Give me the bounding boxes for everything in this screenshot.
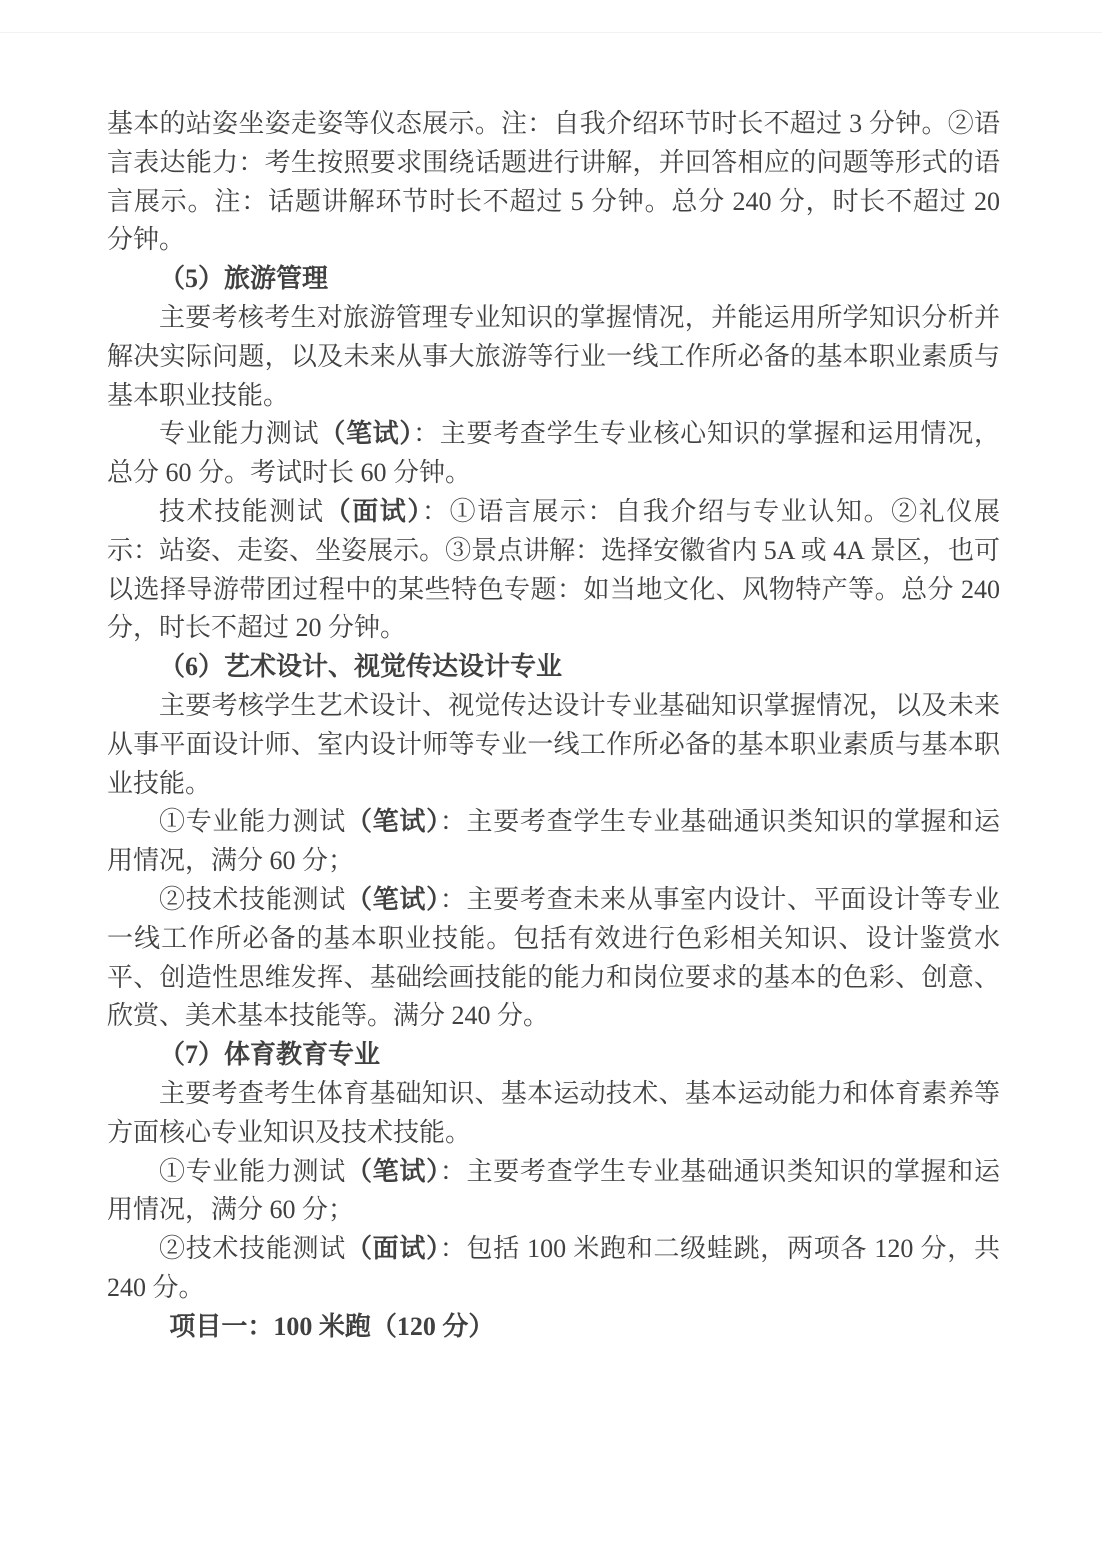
section7-item2-type: （面试） [346,1234,440,1263]
section7-item1-label: ①专业能力测试 [159,1157,346,1186]
section7-item1: ①专业能力测试（笔试）：主要考查学生专业基础通识类知识的掌握和运用情况，满分 6… [107,1153,1000,1231]
section5-interview-test: 技术技能测试（面试）：①语言展示：自我介绍与专业认知。②礼仪展示：站姿、走姿、坐… [107,493,1000,648]
section7-item2: ②技术技能测试（面试）：包括 100 米跑和二级蛙跳，两项各 120 分，共 2… [107,1230,1000,1308]
section5-written-type: （笔试） [319,419,413,448]
section5-heading: （5）旅游管理 [107,260,1000,299]
section7-item1-type: （笔试） [346,1157,440,1186]
page-top-rule [0,32,1102,33]
section7-heading: （7）体育教育专业 [107,1036,1000,1075]
section5-written-label: 专业能力测试 [159,419,319,448]
section5-written-test: 专业能力测试（笔试）：主要考查学生专业核心知识的掌握和运用情况，总分 60 分。… [107,415,1000,493]
document-page: 基本的站姿坐姿走姿等仪态展示。注：自我介绍环节时长不超过 3 分钟。②语言表达能… [0,0,1102,1559]
document-content: 基本的站姿坐姿走姿等仪态展示。注：自我介绍环节时长不超过 3 分钟。②语言表达能… [107,105,1000,1347]
section5-interview-type: （面试） [325,497,422,526]
section7-item2-label: ②技术技能测试 [159,1234,346,1263]
section6-overview: 主要考核学生艺术设计、视觉传达设计专业基础知识掌握情况，以及未来从事平面设计师、… [107,687,1000,803]
section6-item2-label: ②技术技能测试 [159,885,346,914]
section7-overview: 主要考查考生体育基础知识、基本运动技术、基本运动能力和体育素养等方面核心专业知识… [107,1075,1000,1153]
section5-overview: 主要考核考生对旅游管理专业知识的掌握情况，并能运用所学知识分析并解决实际问题，以… [107,299,1000,415]
section6-item2-type: （笔试） [346,885,440,914]
section6-item1-label: ①专业能力测试 [159,807,346,836]
section6-item1: ①专业能力测试（笔试）：主要考查学生专业基础通识类知识的掌握和运用情况，满分 6… [107,803,1000,881]
project1-line: 项目一：100 米跑（120 分） [107,1308,1000,1347]
section6-heading: （6）艺术设计、视觉传达设计专业 [107,648,1000,687]
section6-item2: ②技术技能测试（笔试）：主要考查未来从事室内设计、平面设计等专业一线工作所必备的… [107,881,1000,1036]
section5-interview-label: 技术技能测试 [159,497,325,526]
paragraph-continuation: 基本的站姿坐姿走姿等仪态展示。注：自我介绍环节时长不超过 3 分钟。②语言表达能… [107,105,1000,260]
section6-item1-type: （笔试） [346,807,440,836]
